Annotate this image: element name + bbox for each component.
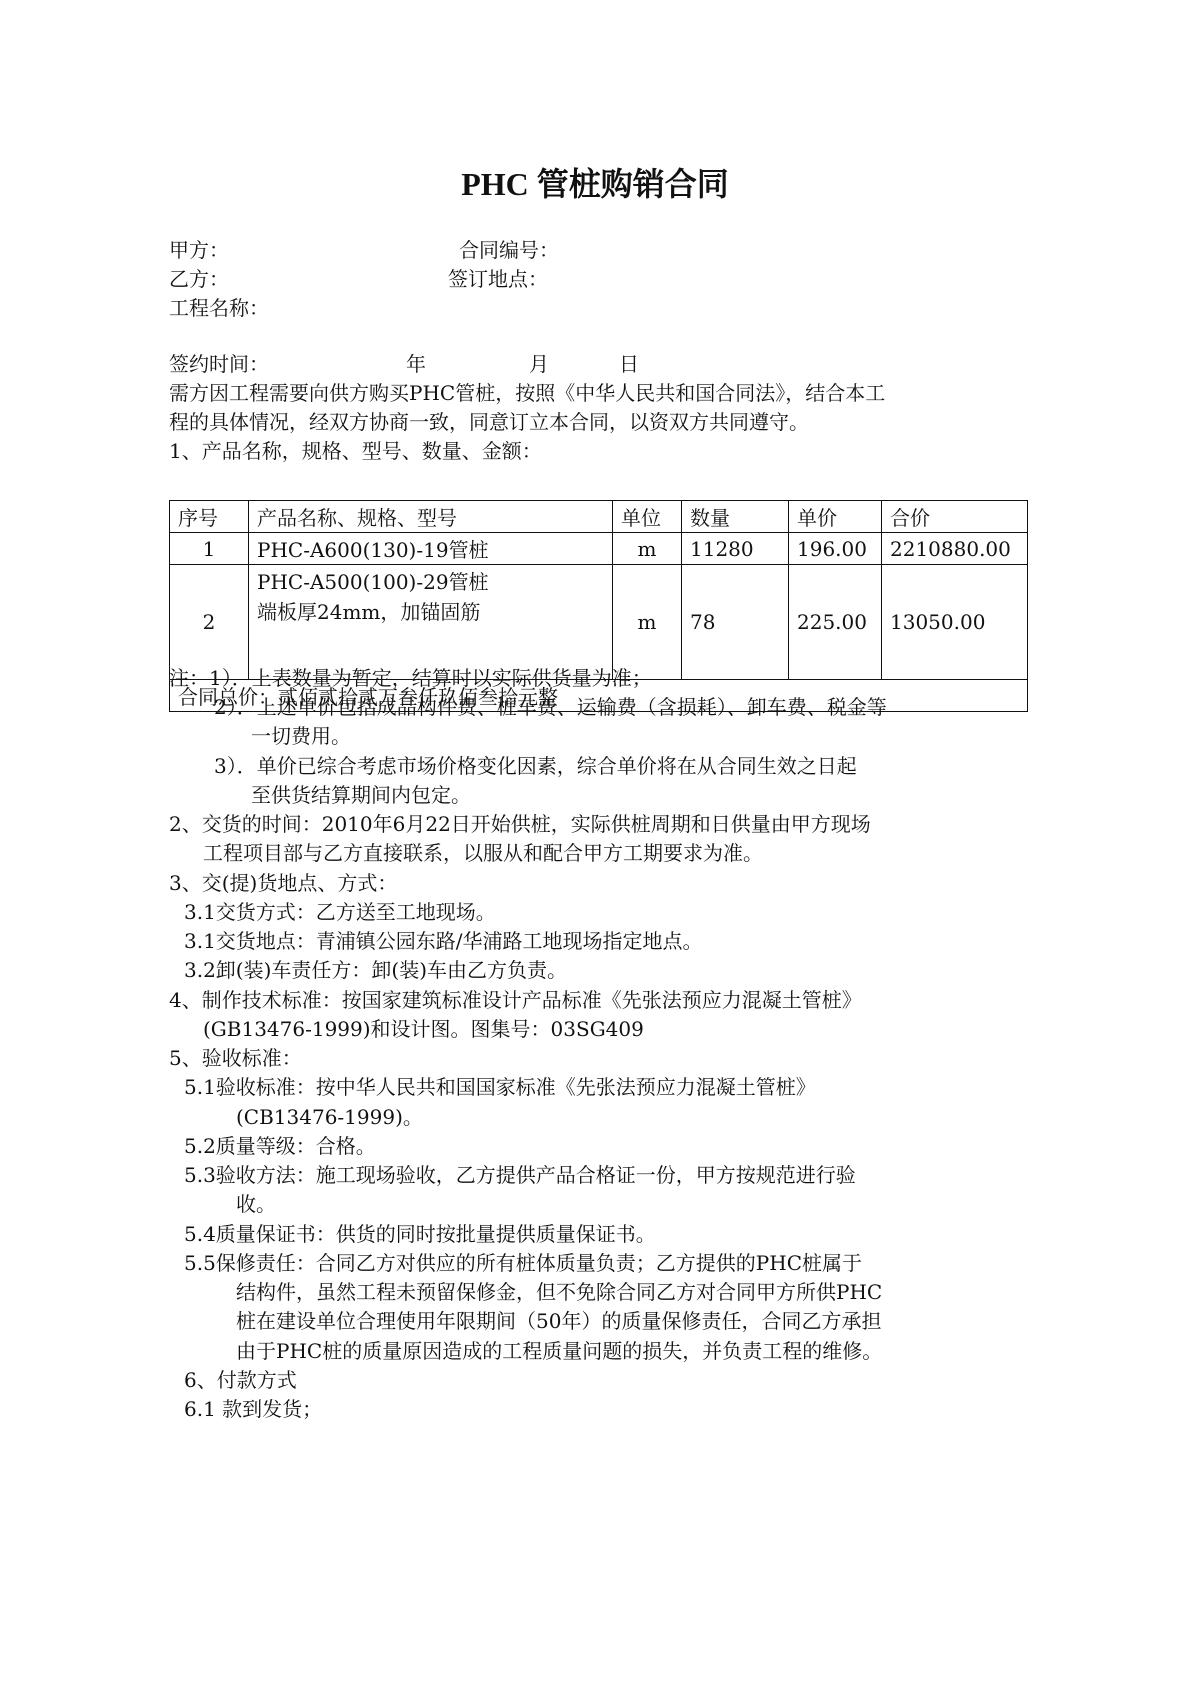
section2-line-1: 2、交货的时间：2010年6月22日开始供桩，实际供桩周期和日供量由甲方现场 (169, 810, 871, 838)
party-b-label: 乙方： (169, 265, 229, 293)
project-name-label: 工程名称： (169, 294, 269, 322)
table-row: 1 PHC-A600(130)-19管桩 m 11280 196.00 2210… (170, 533, 1028, 565)
party-a-label: 甲方： (169, 236, 229, 264)
sign-date-year: 年 (406, 350, 426, 378)
section5-line-9: 桩在建设单位合理使用年限期间（50年）的质量保修责任，合同乙方承担 (236, 1307, 881, 1335)
section5-title: 5、验收标准： (169, 1044, 302, 1072)
section5-line-8: 结构件，虽然工程未预留保修金，但不免除合同乙方对合同甲方所供PHC (236, 1278, 882, 1306)
preamble-line-2: 程的具体情况，经双方协商一致，同意订立本合同，以资双方共同遵守。 (169, 408, 809, 436)
section3-item-1: 3.1交货方式：乙方送至工地现场。 (184, 898, 496, 926)
header-name: 产品名称、规格、型号 (249, 501, 613, 533)
contract-page: PHC 管桩购销合同 甲方： 合同编号： 乙方： 签订地点： 工程名称： 签约时… (0, 0, 1190, 1683)
cell-price: 225.00 (789, 565, 882, 680)
cell-no: 1 (170, 533, 249, 565)
cell-unit: m (613, 533, 682, 565)
section5-line-7: 5.5保修责任：合同乙方对供应的所有桩体质量负责；乙方提供的PHC桩属于 (184, 1249, 862, 1277)
sign-date-day: 日 (619, 350, 639, 378)
cell-name: PHC-A600(130)-19管桩 (249, 533, 613, 565)
cell-amount: 2210880.00 (882, 533, 1028, 565)
sign-date-label: 签约时间： (169, 350, 269, 378)
section5-line-1: 5.1验收标准：按中华人民共和国国家标准《先张法预应力混凝土管桩》 (184, 1073, 816, 1101)
section2-line-2: 工程项目部与乙方直接联系，以服从和配合甲方工期要求为准。 (203, 839, 763, 867)
preamble-line-1: 需方因工程需要向供方购买PHC管桩，按照《中华人民共和国合同法》，结合本工 (169, 379, 885, 407)
cell-unit: m (613, 565, 682, 680)
section6-title: 6、付款方式 (184, 1366, 297, 1394)
contract-number-label: 合同编号： (459, 236, 559, 264)
section5-line-4: 5.3验收方法：施工现场验收，乙方提供产品合格证一份，甲方按规范进行验 (184, 1161, 856, 1189)
cell-name-line-2: 端板厚24mm，加锚固筋 (257, 597, 604, 627)
section3-item-2: 3.1交货地点：青浦镇公园东路/华浦路工地现场指定地点。 (184, 927, 703, 955)
header-unit: 单位 (613, 501, 682, 533)
header-amount: 合价 (882, 501, 1028, 533)
cell-name-line-1: PHC-A500(100)-29管桩 (257, 567, 604, 597)
document-title: PHC 管桩购销合同 (0, 164, 1190, 204)
sign-place-label: 签订地点： (448, 265, 548, 293)
header-price: 单价 (789, 501, 882, 533)
note-3-cont: 至供货结算期间内包定。 (251, 781, 471, 809)
section6-item-1: 6.1 款到发货； (184, 1395, 322, 1423)
section1-title: 1、产品名称，规格、型号、数量、金额： (169, 437, 542, 465)
section4-line-2: (GB13476-1999)和设计图。图集号：03SG409 (203, 1015, 644, 1043)
section5-line-5: 收。 (236, 1190, 276, 1218)
section3-title: 3、交(提)货地点、方式： (169, 869, 397, 897)
table-row: 2 PHC-A500(100)-29管桩 端板厚24mm，加锚固筋 m 78 2… (170, 565, 1028, 680)
header-qty: 数量 (682, 501, 789, 533)
cell-name: PHC-A500(100)-29管桩 端板厚24mm，加锚固筋 (249, 565, 613, 680)
cell-no: 2 (170, 565, 249, 680)
section5-line-10: 由于PHC桩的质量原因造成的工程质量问题的损失，并负责工程的维修。 (236, 1337, 882, 1365)
cell-qty: 11280 (682, 533, 789, 565)
note-2-cont: 一切费用。 (251, 722, 351, 750)
cell-price: 196.00 (789, 533, 882, 565)
section5-line-2: (CB13476-1999)。 (236, 1103, 423, 1131)
section4-line-1: 4、制作技术标准：按国家建筑标准设计产品标准《先张法预应力混凝土管桩》 (169, 986, 862, 1014)
note-1: 注：1）．上表数量为暂定，结算时以实际供货量为准； (169, 664, 652, 692)
table-header-row: 序号 产品名称、规格、型号 单位 数量 单价 合价 (170, 501, 1028, 533)
cell-qty: 78 (682, 565, 789, 680)
cell-amount: 13050.00 (882, 565, 1028, 680)
section5-line-6: 5.4质量保证书：供货的同时按批量提供质量保证书。 (184, 1220, 656, 1248)
section5-line-3: 5.2质量等级：合格。 (184, 1132, 376, 1160)
section3-item-3: 3.2卸(装)车责任方：卸(装)车由乙方负责。 (184, 956, 567, 984)
header-no: 序号 (170, 501, 249, 533)
note-2: 2）．上述单价包括成品构件费、桩车费、运输费（含损耗）、卸车费、税金等 (214, 693, 887, 721)
sign-date-month: 月 (529, 350, 549, 378)
note-3: 3）．单价已综合考虑市场价格变化因素，综合单价将在从合同生效之日起 (214, 752, 857, 780)
